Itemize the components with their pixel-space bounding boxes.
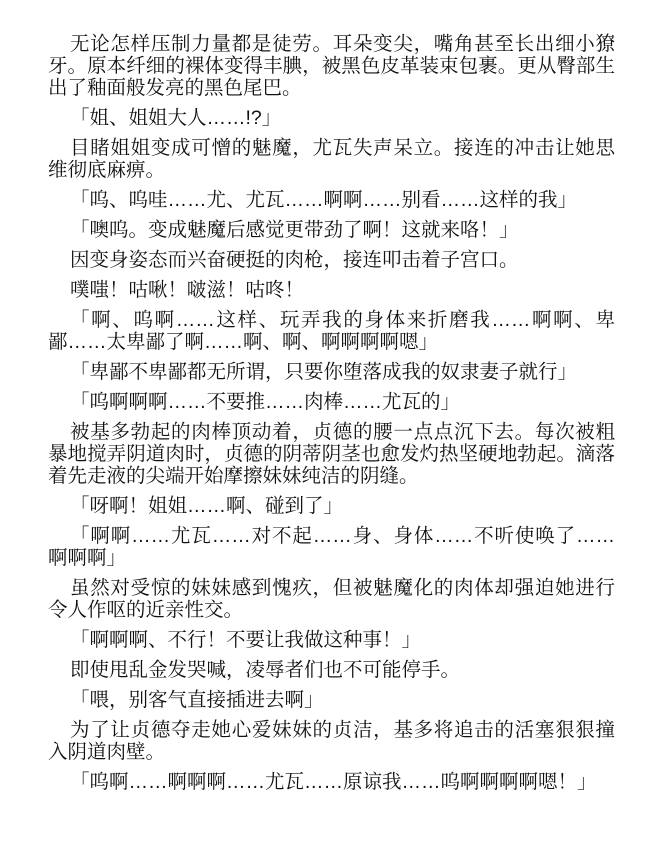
paragraph-narrative: 目睹姐姐变成可憎的魅魔，尤瓦失声呆立。接连的冲击让她思维彻底麻痹。 xyxy=(48,137,615,181)
paragraph-narrative: 虽然对受惊的妹妹感到愧疚，但被魅魔化的肉体却强迫她进行令人作呕的近亲性交。 xyxy=(48,577,615,621)
paragraph-dialogue: 「呜啊……啊啊啊……尤瓦……原谅我……呜啊啊啊啊嗯！」 xyxy=(48,771,615,793)
paragraph-dialogue: 「啊、呜啊……这样、玩弄我的身体来折磨我……啊啊、卑鄙……太卑鄙了啊……啊、啊、… xyxy=(48,309,615,353)
paragraph-dialogue: 「姐、姐姐大人……!?」 xyxy=(48,107,615,129)
paragraph-dialogue: 「呜、呜哇……尤、尤瓦……啊啊……别看……这样的我」 xyxy=(48,189,615,211)
paragraph-dialogue: 「呀啊！姐姐……啊、碰到了」 xyxy=(48,495,615,517)
paragraph-narrative: 即使甩乱金发哭喊，凌辱者们也不可能停手。 xyxy=(48,659,615,681)
paragraph-dialogue: 「卑鄙不卑鄙都无所谓，只要你堕落成我的奴隶妻子就行」 xyxy=(48,361,615,383)
novel-text-page: 无论怎样压制力量都是徒劳。耳朵变尖，嘴角甚至长出细小獠牙。原本纤细的裸体变得丰腆… xyxy=(0,0,650,850)
paragraph-dialogue: 「噢呜。变成魅魔后感觉更带劲了啊！这就来咯！」 xyxy=(48,219,615,241)
paragraph-narrative: 被基多勃起的肉棒顶动着，贞德的腰一点点沉下去。每次被粗暴地搅弄阴道肉时，贞德的阴… xyxy=(48,421,615,487)
paragraph-dialogue: 「呜啊啊啊……不要推……肉棒……尤瓦的」 xyxy=(48,391,615,413)
paragraph-sfx: 噗嗤！咕啾！啵滋！咕咚！ xyxy=(48,279,615,301)
paragraph-narrative: 为了让贞德夺走她心爱妹妹的贞洁，基多将追击的活塞狠狠撞入阴道肉壁。 xyxy=(48,719,615,763)
paragraph-dialogue: 「喂，别客气直接插进去啊」 xyxy=(48,689,615,711)
paragraph-narrative: 无论怎样压制力量都是徒劳。耳朵变尖，嘴角甚至长出细小獠牙。原本纤细的裸体变得丰腆… xyxy=(48,33,615,99)
paragraph-narrative: 因变身姿态而兴奋硬挺的肉枪，接连叩击着子宫口。 xyxy=(48,249,615,271)
paragraph-dialogue: 「啊啊……尤瓦……对不起……身、身体……不听使唤了……啊啊啊」 xyxy=(48,525,615,569)
paragraph-dialogue: 「啊啊啊、不行！不要让我做这种事！」 xyxy=(48,629,615,651)
